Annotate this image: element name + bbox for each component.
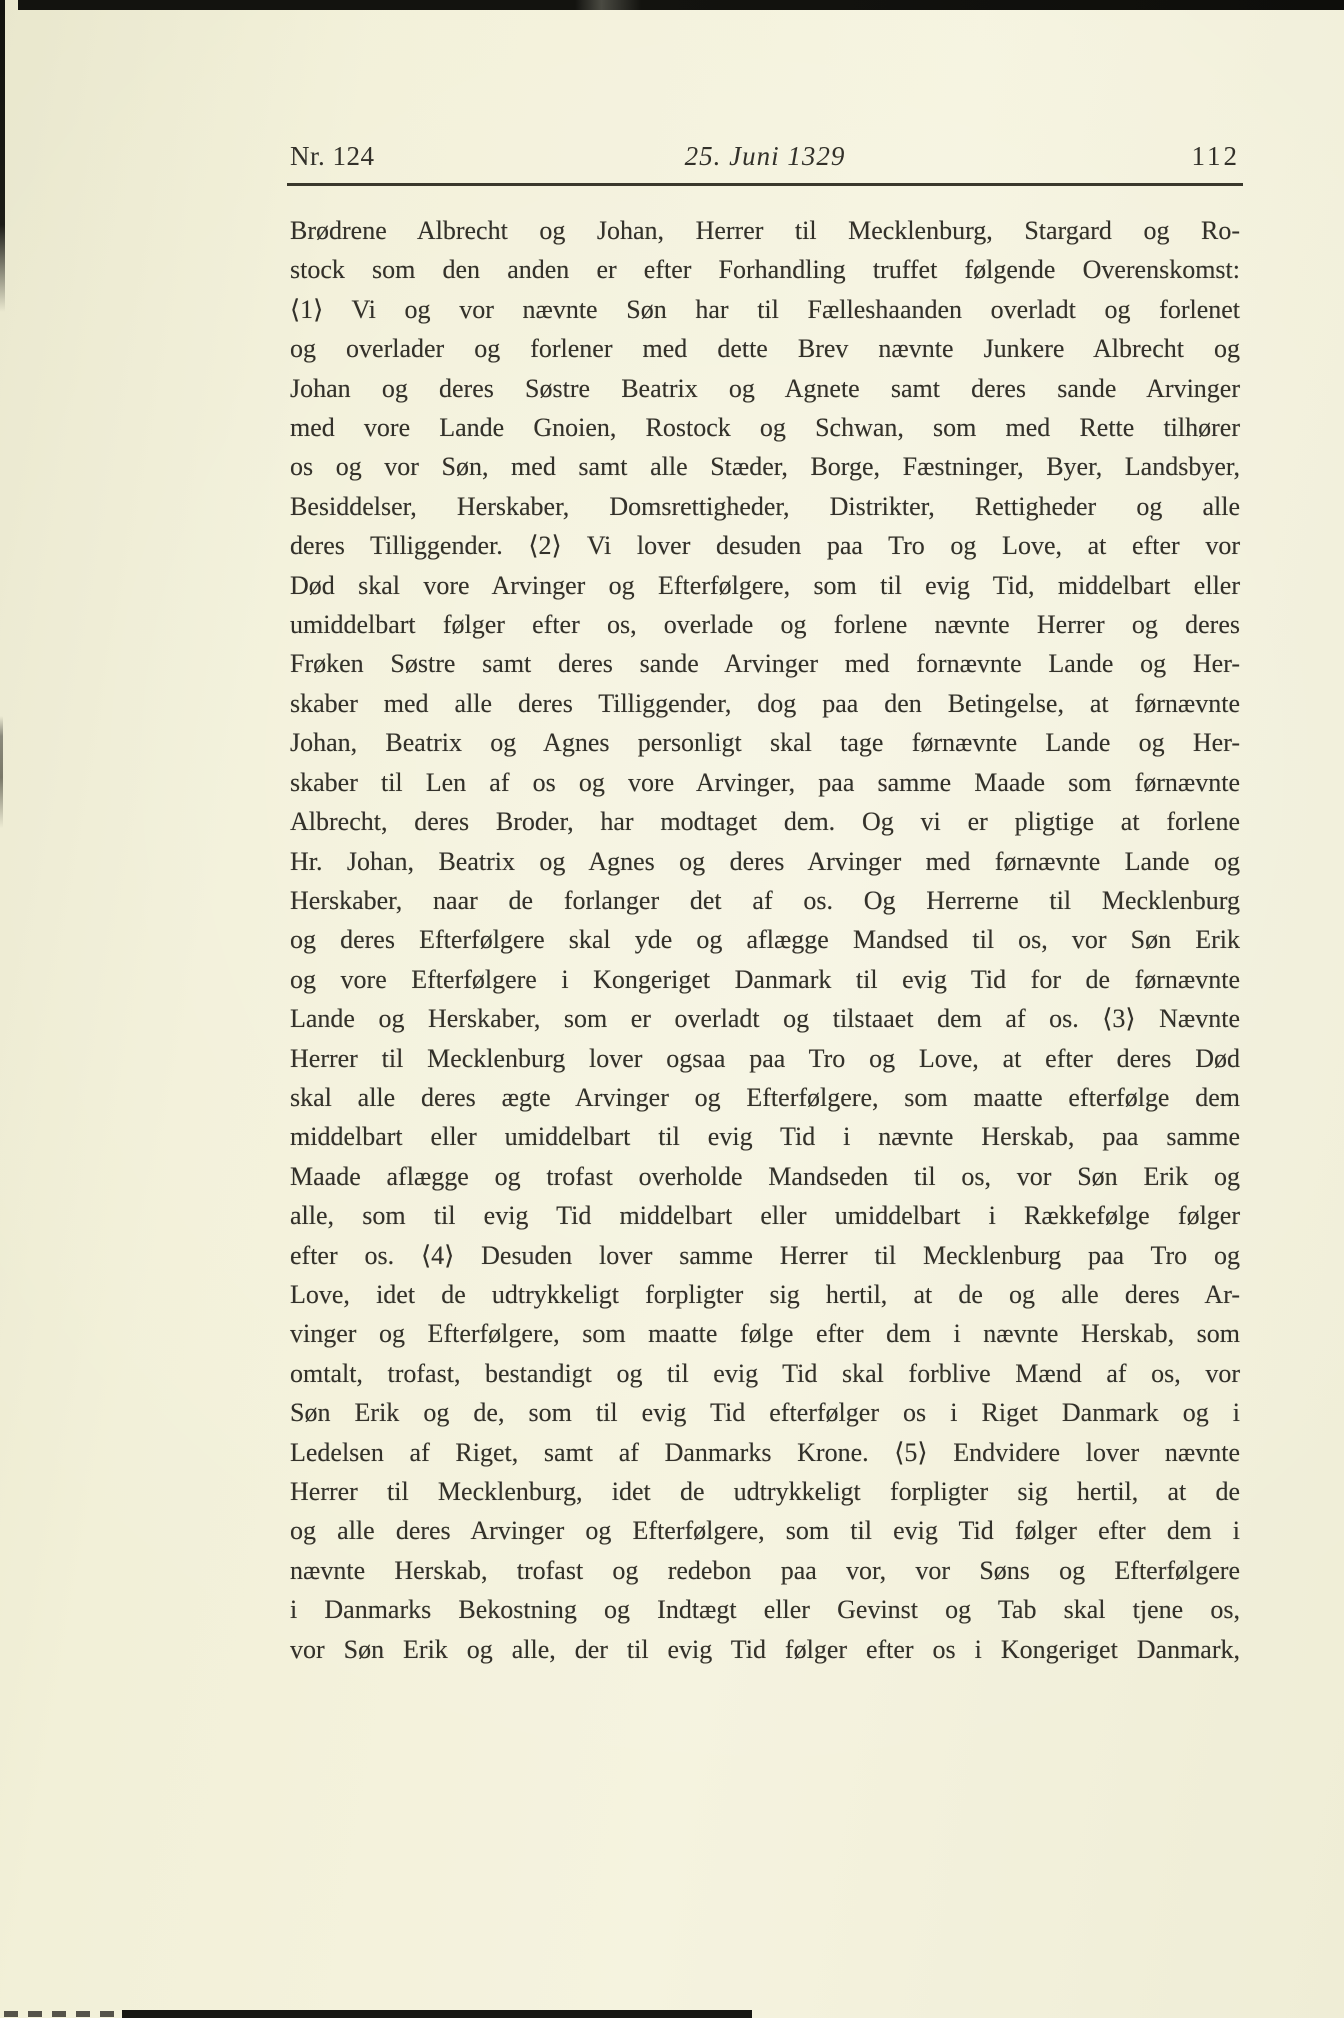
text-line: Besiddelser, Herskaber, Domsrettigheder,… bbox=[290, 487, 1240, 526]
text-line: Brødrene Albrecht og Johan, Herrer til M… bbox=[290, 211, 1240, 250]
text-line: os og vor Søn, med samt alle Stæder, Bor… bbox=[290, 447, 1240, 486]
scan-artifact-bottom-edge-dashes bbox=[4, 2011, 122, 2017]
text-line: Maade aflægge og trofast overholde Mands… bbox=[290, 1157, 1240, 1196]
document-body-text: Brødrene Albrecht og Johan, Herrer til M… bbox=[290, 211, 1240, 1669]
running-head: Nr. 124 25. Juni 1329 112 bbox=[290, 136, 1240, 176]
text-line: middelbart eller umiddelbart til evig Ti… bbox=[290, 1117, 1240, 1156]
text-line: Lande og Herskaber, som er overladt og t… bbox=[290, 999, 1240, 1038]
scan-artifact-top-edge bbox=[18, 0, 1344, 10]
text-line: i Danmarks Bekostning og Indtægt eller G… bbox=[290, 1590, 1240, 1629]
text-line: Ledelsen af Riget, samt af Danmarks Kron… bbox=[290, 1433, 1240, 1472]
text-line: og vore Efterfølgere i Kongeriget Danmar… bbox=[290, 960, 1240, 999]
text-line: deres Tilliggender. ⟨2⟩ Vi lover desuden… bbox=[290, 526, 1240, 565]
document-date: 25. Juni 1329 bbox=[685, 136, 846, 176]
document-number: Nr. 124 bbox=[290, 136, 375, 176]
text-line: Søn Erik og de, som til evig Tid efterfø… bbox=[290, 1393, 1240, 1432]
header-rule bbox=[287, 183, 1243, 186]
text-line: umiddelbart følger efter os, overlade og… bbox=[290, 605, 1240, 644]
page-number: 112 bbox=[1192, 136, 1241, 176]
text-line: Død skal vore Arvinger og Efterfølgere, … bbox=[290, 566, 1240, 605]
text-line: ⟨1⟩ Vi og vor nævnte Søn har til Fællesh… bbox=[290, 290, 1240, 329]
text-line: med vore Lande Gnoien, Rostock og Schwan… bbox=[290, 408, 1240, 447]
text-line: omtalt, trofast, bestandigt og til evig … bbox=[290, 1354, 1240, 1393]
text-line: og overlader og forlener med dette Brev … bbox=[290, 329, 1240, 368]
text-line: skaber til Len af os og vore Arvinger, p… bbox=[290, 763, 1240, 802]
text-line: Frøken Søstre samt deres sande Arvinger … bbox=[290, 644, 1240, 683]
scan-artifact-left-edge-lower bbox=[0, 716, 3, 828]
text-line: Johan, Beatrix og Agnes personligt skal … bbox=[290, 723, 1240, 762]
text-line: Hr. Johan, Beatrix og Agnes og deres Arv… bbox=[290, 842, 1240, 881]
text-line: Johan og deres Søstre Beatrix og Agnete … bbox=[290, 369, 1240, 408]
book-page-scan: Nr. 124 25. Juni 1329 112 Brødrene Albre… bbox=[0, 0, 1344, 2018]
text-line: Love, idet de udtrykkeligt forpligter si… bbox=[290, 1275, 1240, 1314]
text-line: Herrer til Mecklenburg, idet de udtrykke… bbox=[290, 1472, 1240, 1511]
text-line: Herskaber, naar de forlanger det af os. … bbox=[290, 881, 1240, 920]
text-line: og alle deres Arvinger og Efterfølgere, … bbox=[290, 1511, 1240, 1550]
scan-artifact-bottom-edge bbox=[122, 2010, 752, 2018]
scan-artifact-left-edge bbox=[0, 0, 5, 312]
text-line: skal alle deres ægte Arvinger og Efterfø… bbox=[290, 1078, 1240, 1117]
text-line: og deres Efterfølgere skal yde og aflægg… bbox=[290, 920, 1240, 959]
text-line: Herrer til Mecklenburg lover ogsaa paa T… bbox=[290, 1039, 1240, 1078]
text-line: nævnte Herskab, trofast og redebon paa v… bbox=[290, 1551, 1240, 1590]
text-line: vinger og Efterfølgere, som maatte følge… bbox=[290, 1314, 1240, 1353]
text-line: efter os. ⟨4⟩ Desuden lover samme Herrer… bbox=[290, 1236, 1240, 1275]
text-line: skaber med alle deres Tilliggender, dog … bbox=[290, 684, 1240, 723]
text-line: vor Søn Erik og alle, der til evig Tid f… bbox=[290, 1630, 1240, 1669]
text-line: Albrecht, deres Broder, har modtaget dem… bbox=[290, 802, 1240, 841]
text-line: alle, som til evig Tid middelbart eller … bbox=[290, 1196, 1240, 1235]
text-line: stock som den anden er efter Forhandling… bbox=[290, 250, 1240, 289]
